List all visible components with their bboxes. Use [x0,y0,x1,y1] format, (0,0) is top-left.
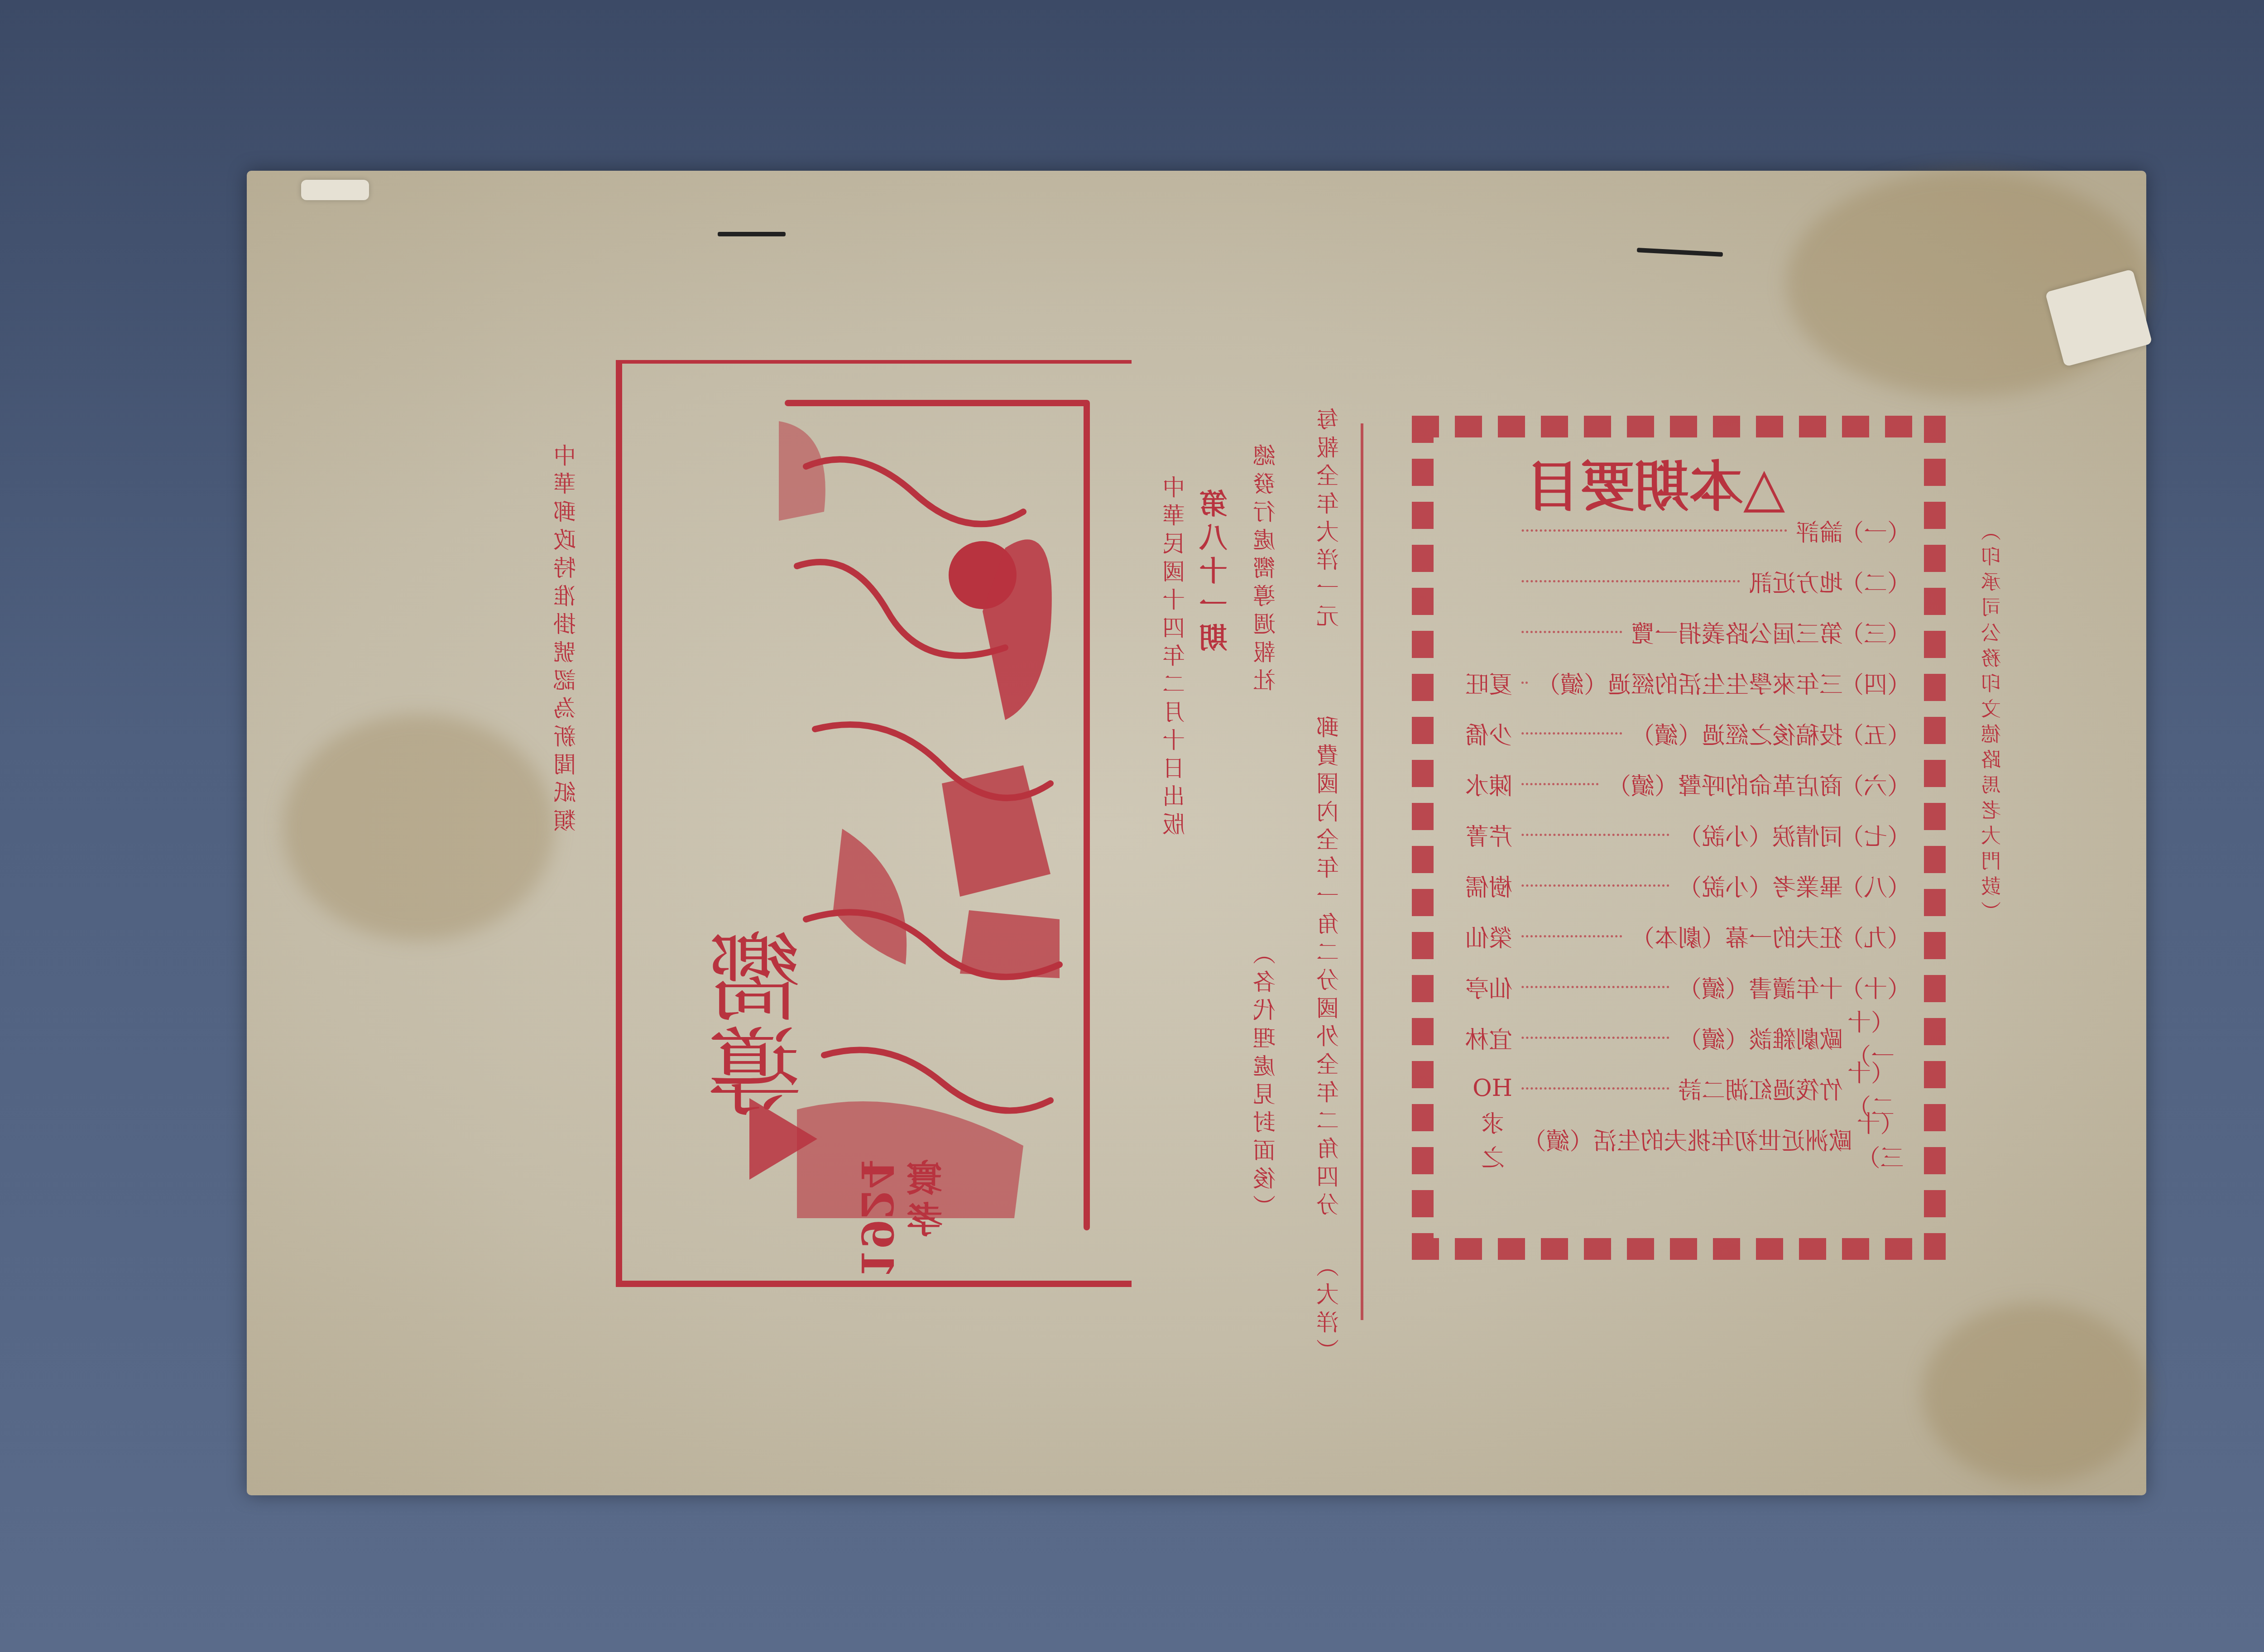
toc-item: （六）商店革命的呼聲（續）陳水 [1458,759,1911,809]
toc-item: （十）十年讀書（續）仙亭 [1458,961,1911,1012]
table-of-contents: △本期要目 （一）論評 （二）地方近訊 （三）第三屆公路義捐一覽 （四）三年來學… [1390,394,1967,1282]
printer-credit: （印承司公務印文德路馬老大門鼓） [1979,521,2008,927]
toc-item: （二）地方近訊 [1458,556,1911,606]
magazine-title: 嚮導 [715,928,811,1119]
toc-list: （一）論評 （二）地方近訊 （三）第三屆公路義捐一覽 （四）三年來學生生活的經過… [1458,505,1911,1164]
toc-item: （十一）歐劇雜談（續）宜林 [1458,1012,1911,1063]
price-line-2: 郵費國內全年一角二分國外全年二角四分 [1313,716,1346,1221]
triangle-emblem-icon [749,1098,817,1180]
agent-note: （各代理處見封面後） [1250,942,1282,1223]
stain [283,714,555,941]
year-label: 1924 [851,1159,902,1279]
toc-item: （三）第三屆公路義捐一覽 [1458,606,1911,657]
toc-item: （八）畢業考（小說）樹儒 [1458,860,1911,911]
toc-item: （四）三年來學生生活的經過（續）夏旺 [1458,657,1911,708]
toc-item: （一）論評 [1458,505,1911,556]
torn-paper-flap [301,180,369,200]
stain [1922,1303,2149,1484]
toc-item: （十二）竹筏過紅湖二詩HO [1458,1063,1911,1114]
divider-line [1361,423,1363,1320]
toc-item: （七）同情淚（小說）芹菁 [1458,809,1911,860]
issue-number: 第八十一期 [1195,489,1236,657]
postal-registration-column: 中華郵政特准掛號認為新聞紙類 [550,444,583,1032]
woodcut-illustration [770,376,1114,1236]
toc-item: （九）狂夫的一幕（劇本）榮仙 [1458,911,1911,961]
staple [718,232,786,236]
toc-item: （十三）歐洲近世初年挑夫的生活（續）求之 [1458,1114,1911,1164]
toc-item: （五）投稿後之經過（續）少僑 [1458,708,1911,759]
illustration-subtitle: 寰孝 [901,1159,953,1243]
staple [1637,248,1723,257]
price-note: （大洋） [1313,1254,1346,1367]
publisher-line: 總發行處嚮導週報社 [1250,444,1282,696]
publication-date: 中華民國十四年二月十日出版 [1159,475,1192,840]
price-line-1: 每報全年大洋一元 [1313,408,1346,632]
